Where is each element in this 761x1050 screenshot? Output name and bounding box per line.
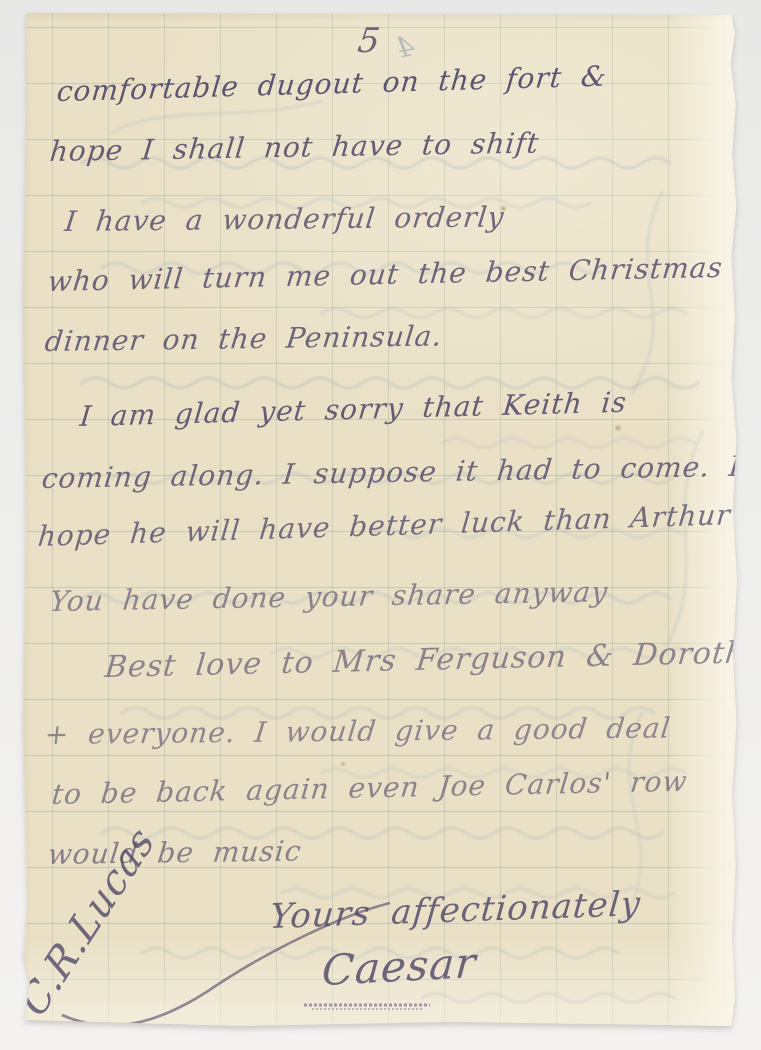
letter-page-wrap: 5 4 comfortable dugout on the fort & hop…	[22, 13, 740, 1028]
handwritten-line: I have a wonderful orderly	[63, 200, 506, 238]
letter-page: 5 4 comfortable dugout on the fort & hop…	[22, 13, 740, 1028]
handwritten-line: hope he will have better luck than Arthu…	[36, 498, 732, 553]
handwritten-line: hope I shall not have to shift	[48, 126, 541, 168]
signature-underline	[304, 1005, 430, 1009]
handwritten-line: comfortable dugout on the fort &	[55, 60, 608, 108]
scan-background: 5 4 comfortable dugout on the fort & hop…	[0, 0, 761, 1050]
handwritten-line: to be back again even Joe Carlos' row	[50, 765, 689, 811]
valediction: Yours affectionately	[268, 884, 642, 937]
handwritten-line: coming along. I suppose it had to come. …	[40, 450, 743, 495]
foxing-spot	[614, 424, 622, 432]
signature-caesar: Caesar	[320, 938, 478, 995]
handwritten-line: I am glad yet sorry that Keith is	[78, 386, 628, 433]
handwritten-line: would be music	[46, 834, 303, 871]
page-number: 5	[356, 21, 384, 61]
handwritten-line: who will turn me out the best Christmas	[46, 251, 724, 298]
handwritten-line: You have done your share anyway	[48, 575, 610, 618]
showthrough-page-number: 4	[393, 29, 417, 65]
handwritten-line: + everyone. I would give a good deal	[43, 711, 672, 751]
foxing-spot	[340, 761, 346, 767]
handwritten-line: dinner on the Peninsula.	[43, 319, 444, 358]
handwritten-line: Best love to Mrs Ferguson & Dorothy	[103, 635, 761, 685]
